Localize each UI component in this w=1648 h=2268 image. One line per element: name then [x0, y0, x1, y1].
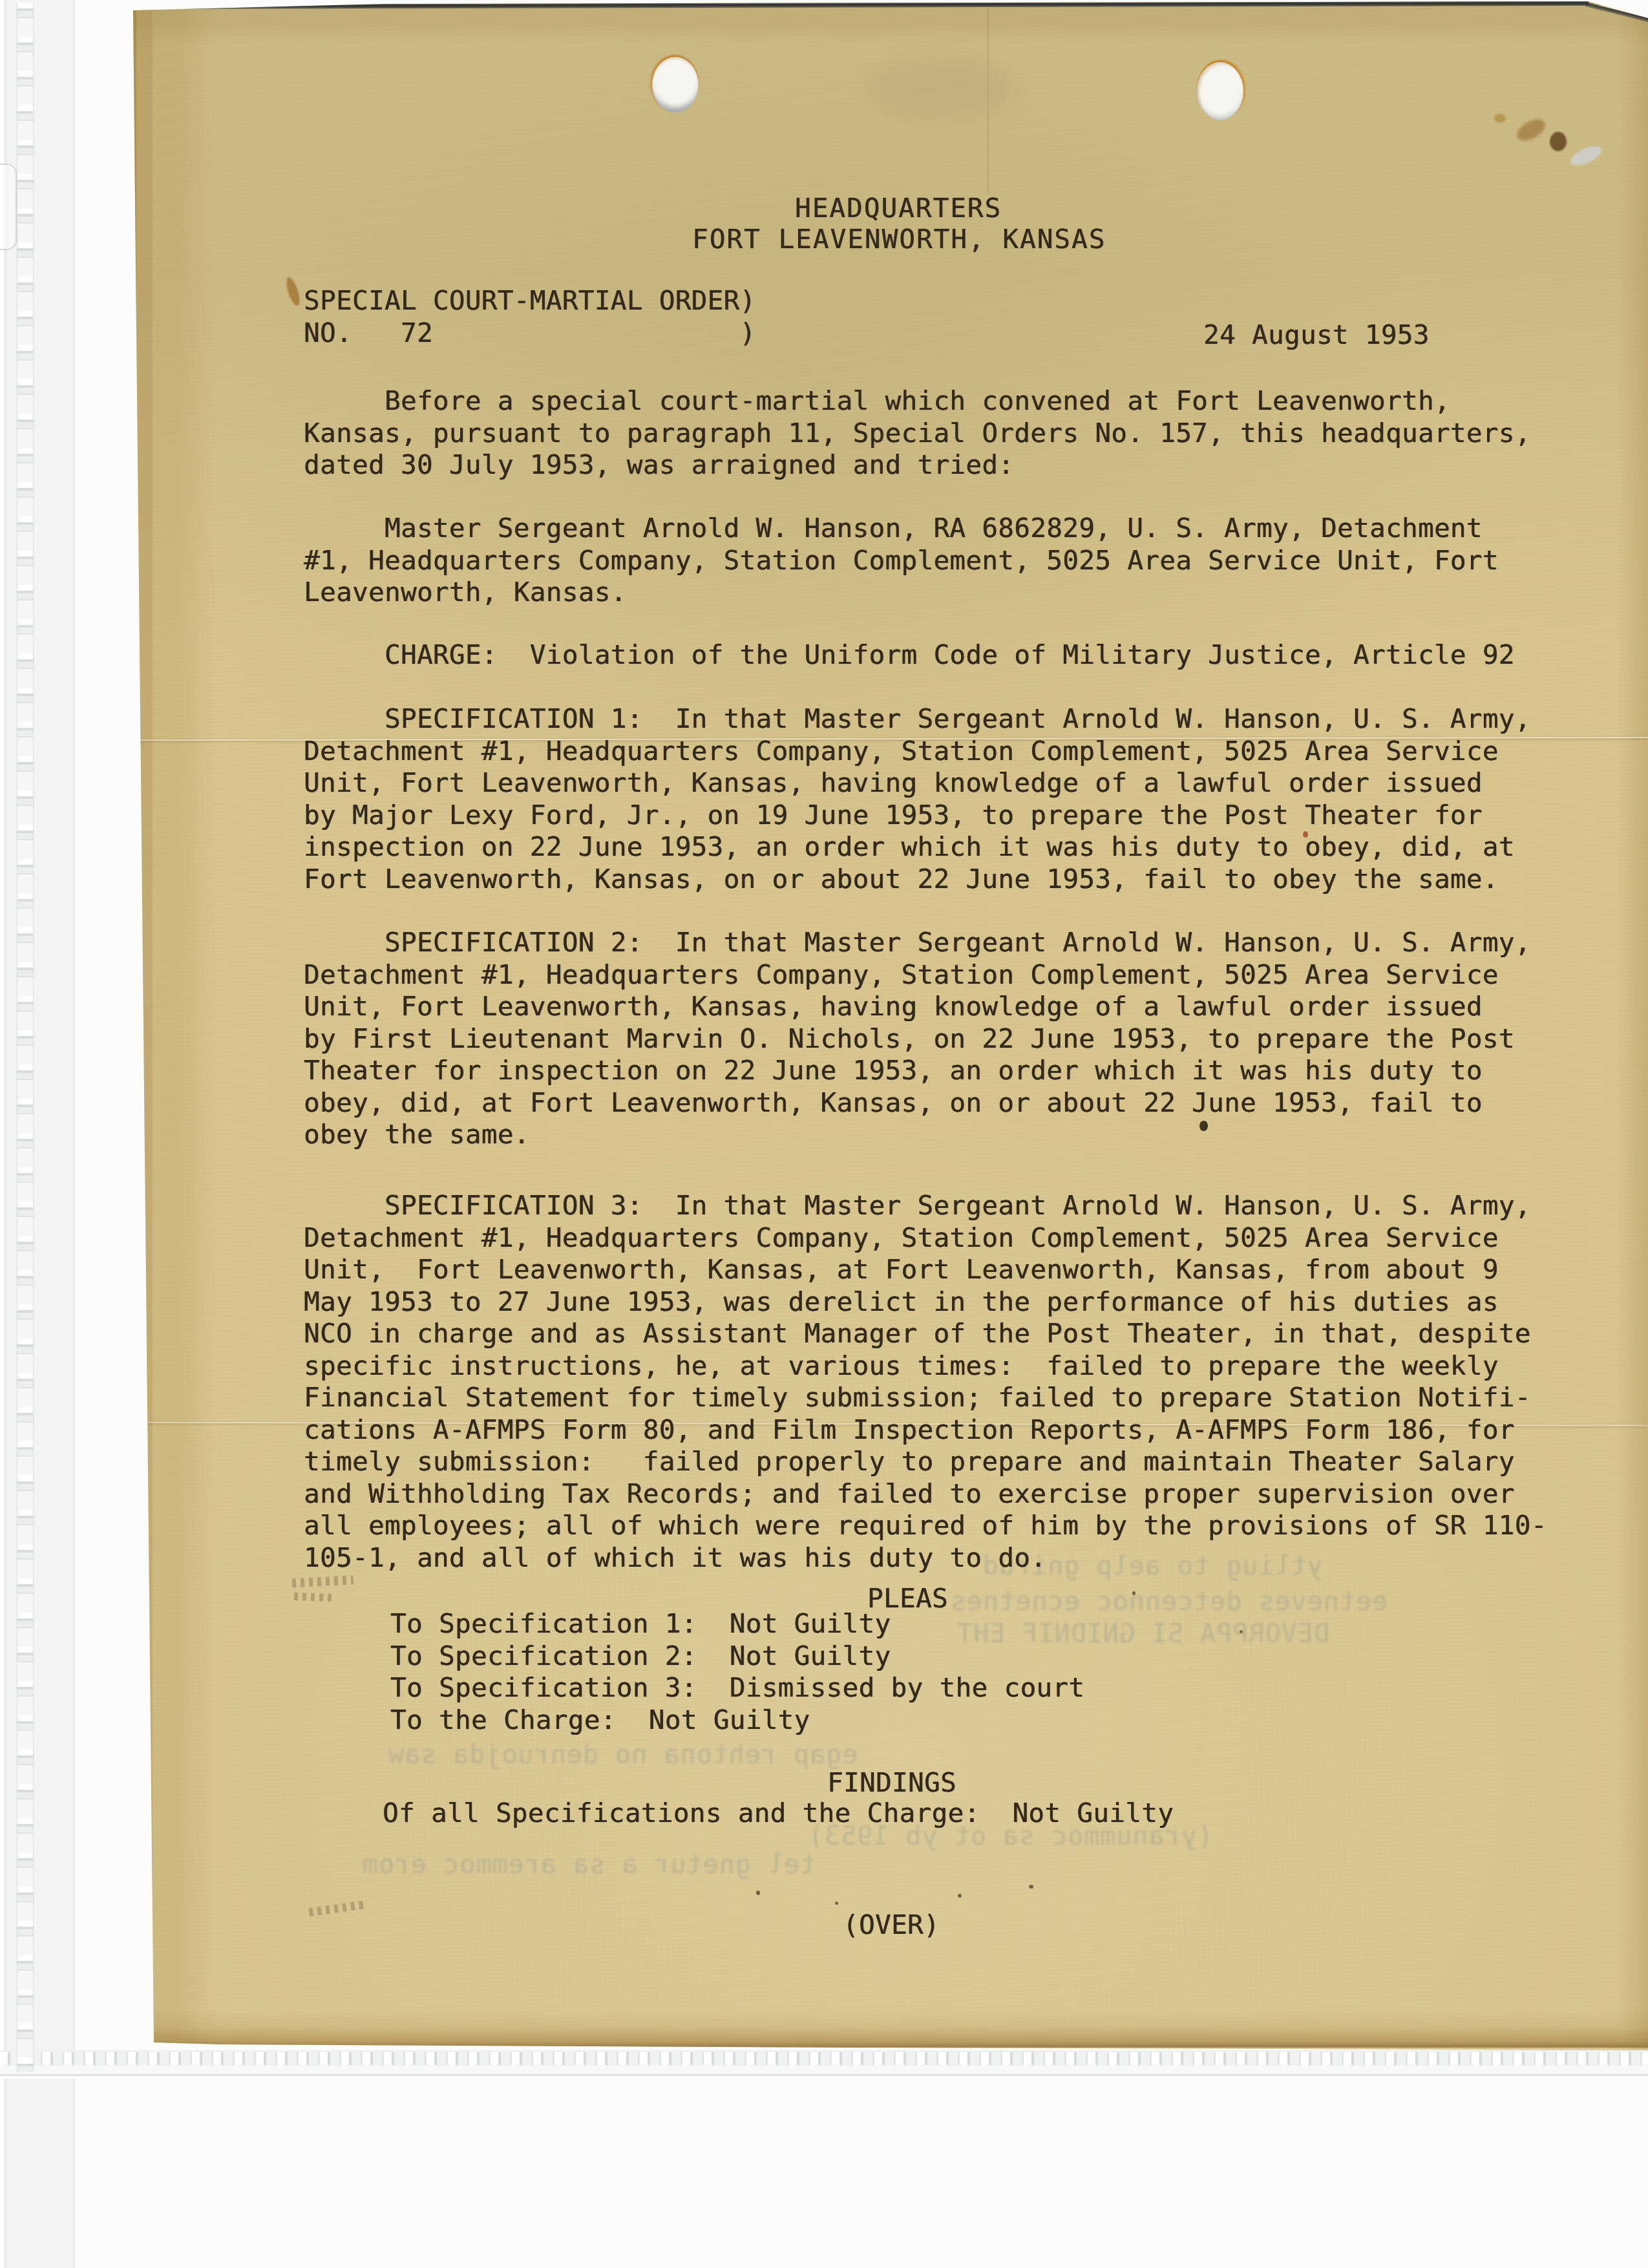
pencil-scribble: [294, 1593, 334, 1602]
paragraph-intro: Before a special court-martial which con…: [304, 385, 1531, 482]
punch-hole-left: [652, 57, 699, 112]
header-line-2: FORT LEAVENWORTH, KANSAS: [692, 224, 1106, 256]
stain: [1568, 142, 1604, 169]
ink-speck: [835, 1902, 838, 1905]
paper-left-edge-shading: [133, 5, 217, 2046]
pleas-list: To Specification 1: Not Guilty To Specif…: [390, 1608, 1084, 1736]
stain: [284, 276, 302, 307]
punch-hole-right: [1197, 62, 1243, 120]
order-title-lines: SPECIAL COURT-MARTIAL ORDER) NO. 72 ): [304, 285, 756, 349]
paragraph-accused: Master Sergeant Arnold W. Hanson, RA 686…: [304, 513, 1499, 609]
smudge: [866, 58, 1015, 120]
ink-speck: [1029, 1885, 1033, 1889]
paragraph-specification-2: SPECIFICATION 2: In that Master Sergeant…: [304, 927, 1531, 1151]
pencil-scribble: [309, 1900, 368, 1916]
stain: [1514, 115, 1549, 145]
findings-line: Of all Specifications and the Charge: No…: [383, 1797, 1174, 1830]
stain: [1494, 114, 1506, 123]
paragraph-specification-3: SPECIFICATION 3: In that Master Sergeant…: [304, 1190, 1547, 1574]
paragraph-charge: CHARGE: Violation of the Uniform Code of…: [304, 639, 1515, 672]
bleed-through-text: egap rehtona no denruojda saw: [388, 1740, 858, 1770]
over-note: (OVER): [843, 1909, 940, 1942]
paper-right-edge-shading: [1612, 13, 1648, 2049]
bleed-through-text: tel gnetur a sa aremmoc erom: [362, 1850, 816, 1880]
paragraph-specification-1: SPECIFICATION 1: In that Master Sergeant…: [304, 703, 1531, 895]
ink-speck: [756, 1891, 760, 1895]
ink-speck: [958, 1894, 962, 1898]
document-page: ytliug to aelp gnirud eetneves detcennoc…: [0, 0, 1648, 2268]
order-date: 24 August 1953: [1203, 319, 1430, 352]
sleeve-bottom-seam: [0, 2050, 1648, 2079]
sleeve-ring-tab: [0, 164, 17, 250]
scanned-page-background: ytliug to aelp gnirud eetneves detcennoc…: [0, 0, 1648, 2268]
corner-crease: [84, 1944, 154, 2046]
sleeve-perforation-strip: [17, 3, 34, 2072]
pencil-scribble: [292, 1576, 354, 1588]
stain: [1550, 132, 1567, 151]
header-line-1: HEADQUARTERS: [795, 193, 1002, 225]
sleeve-left-edge: [0, 0, 75, 2268]
paper-bottom-edge-shading: [133, 2009, 1648, 2048]
findings-heading: FINDINGS: [827, 1767, 956, 1799]
